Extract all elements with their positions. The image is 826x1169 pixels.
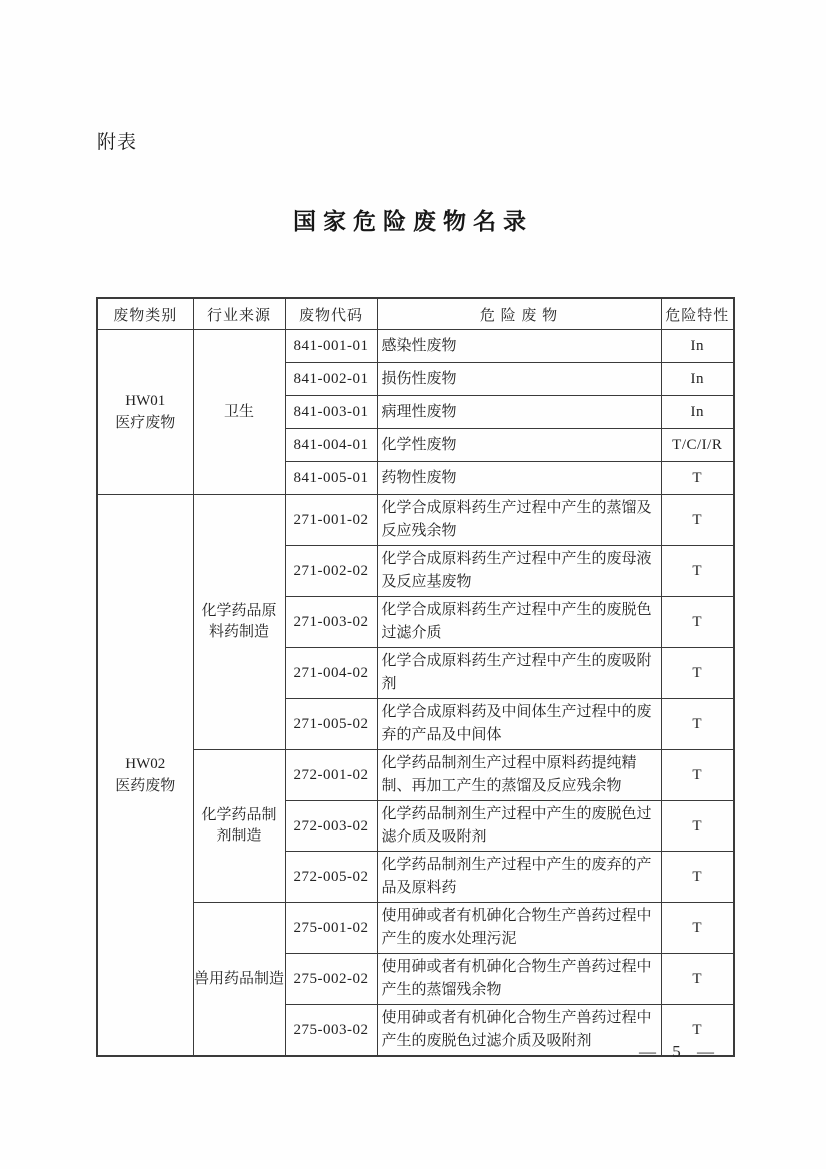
waste-description: 化学合成原料药及中间体生产过程中的废弃的产品及中间体 (377, 699, 661, 750)
hazard-trait: In (661, 363, 734, 396)
waste-code: 272-005-02 (285, 852, 377, 903)
table-row: HW02 医药废物 化学药品原 料药制造 271-001-02 化学合成原料药生… (97, 495, 734, 546)
waste-code: 271-004-02 (285, 648, 377, 699)
hazard-trait: T/C/I/R (661, 429, 734, 462)
waste-description: 病理性废物 (377, 396, 661, 429)
waste-code: 841-005-01 (285, 462, 377, 495)
document-page: 附表 国家危险废物名录 废物类别 行业来源 废物代码 危 险 废 物 危险特性 … (0, 0, 826, 1169)
hazard-trait: T (661, 954, 734, 1005)
waste-code: 272-003-02 (285, 801, 377, 852)
hazard-trait: T (661, 546, 734, 597)
waste-code: 275-003-02 (285, 1005, 377, 1057)
waste-description: 化学药品制剂生产过程中产生的废脱色过滤介质及吸附剂 (377, 801, 661, 852)
waste-description: 药物性废物 (377, 462, 661, 495)
col-header-hazard-trait: 危险特性 (661, 298, 734, 330)
hazard-trait: T (661, 801, 734, 852)
waste-description: 化学合成原料药生产过程中产生的废脱色过滤介质 (377, 597, 661, 648)
waste-code: 841-001-01 (285, 330, 377, 363)
waste-description: 化学合成原料药生产过程中产生的废吸附剂 (377, 648, 661, 699)
waste-code: 271-003-02 (285, 597, 377, 648)
table-row: 化学药品制 剂制造 272-001-02 化学药品制剂生产过程中原料药提纯精制、… (97, 750, 734, 801)
table-row: 兽用药品制造 275-001-02 使用砷或者有机砷化合物生产兽药过程中产生的废… (97, 903, 734, 954)
category-code: HW02 (98, 753, 193, 775)
page-title: 国家危险废物名录 (0, 203, 826, 236)
appendix-label: 附表 (97, 127, 137, 154)
hazard-trait: T (661, 903, 734, 954)
waste-code: 841-004-01 (285, 429, 377, 462)
waste-code: 271-002-02 (285, 546, 377, 597)
category-name: 医药废物 (98, 775, 193, 797)
col-header-waste-code: 废物代码 (285, 298, 377, 330)
waste-description: 化学合成原料药生产过程中产生的蒸馏及反应残余物 (377, 495, 661, 546)
hazard-trait: T (661, 648, 734, 699)
page-number: — 5 — (639, 1042, 714, 1062)
waste-code: 841-002-01 (285, 363, 377, 396)
category-cell-hw01: HW01 医疗废物 (97, 330, 193, 495)
waste-code: 275-001-02 (285, 903, 377, 954)
industry-cell-api-manufacturing: 化学药品原 料药制造 (193, 495, 285, 750)
waste-description: 损伤性废物 (377, 363, 661, 396)
col-header-industry-source: 行业来源 (193, 298, 285, 330)
waste-code: 841-003-01 (285, 396, 377, 429)
hazard-trait: In (661, 330, 734, 363)
col-header-hazardous-waste: 危 险 废 物 (377, 298, 661, 330)
hazard-trait: In (661, 396, 734, 429)
category-cell-hw02: HW02 医药废物 (97, 495, 193, 1057)
table-row: HW01 医疗废物 卫生 841-001-01 感染性废物 In (97, 330, 734, 363)
waste-code: 271-001-02 (285, 495, 377, 546)
hazard-trait: T (661, 699, 734, 750)
hazard-trait: T (661, 495, 734, 546)
waste-description: 化学药品制剂生产过程中原料药提纯精制、再加工产生的蒸馏及反应残余物 (377, 750, 661, 801)
industry-cell-preparation-manufacturing: 化学药品制 剂制造 (193, 750, 285, 903)
waste-description: 感染性废物 (377, 330, 661, 363)
waste-code: 275-002-02 (285, 954, 377, 1005)
table-header-row: 废物类别 行业来源 废物代码 危 险 废 物 危险特性 (97, 298, 734, 330)
category-code: HW01 (98, 390, 193, 412)
waste-description: 使用砷或者有机砷化合物生产兽药过程中产生的废水处理污泥 (377, 903, 661, 954)
industry-cell-weisheng: 卫生 (193, 330, 285, 495)
waste-description: 使用砷或者有机砷化合物生产兽药过程中产生的废脱色过滤介质及吸附剂 (377, 1005, 661, 1057)
hazard-trait: T (661, 462, 734, 495)
waste-description: 化学药品制剂生产过程中产生的废弃的产品及原料药 (377, 852, 661, 903)
waste-code: 271-005-02 (285, 699, 377, 750)
hazardous-waste-table: 废物类别 行业来源 废物代码 危 险 废 物 危险特性 HW01 医疗废物 卫生… (96, 297, 735, 1057)
waste-description: 化学性废物 (377, 429, 661, 462)
hazard-trait: T (661, 750, 734, 801)
hazard-trait: T (661, 597, 734, 648)
col-header-waste-category: 废物类别 (97, 298, 193, 330)
industry-cell-veterinary-drug-manufacturing: 兽用药品制造 (193, 903, 285, 1057)
waste-description: 使用砷或者有机砷化合物生产兽药过程中产生的蒸馏残余物 (377, 954, 661, 1005)
waste-code: 272-001-02 (285, 750, 377, 801)
category-name: 医疗废物 (98, 412, 193, 434)
waste-description: 化学合成原料药生产过程中产生的废母液及反应基废物 (377, 546, 661, 597)
hazard-trait: T (661, 852, 734, 903)
